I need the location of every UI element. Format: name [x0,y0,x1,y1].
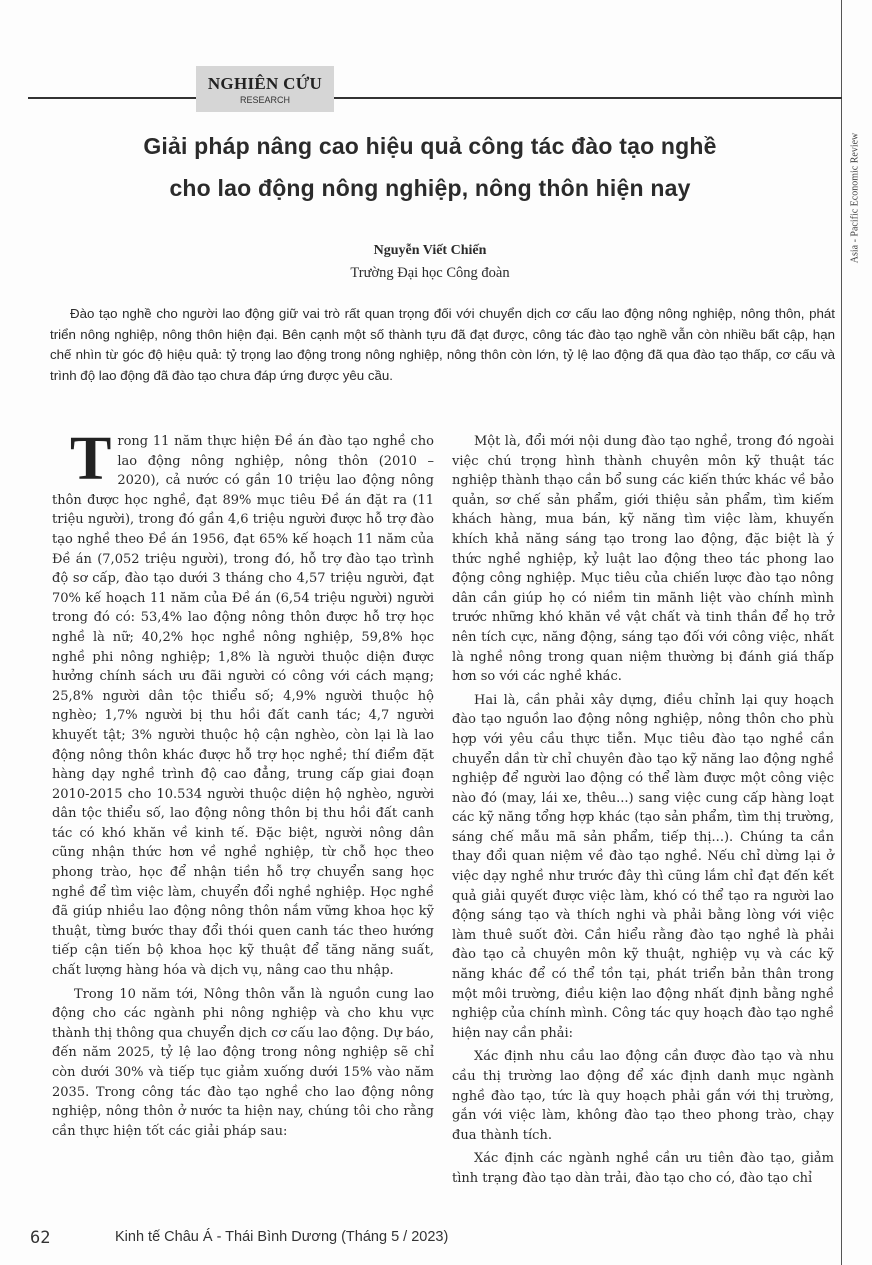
page-number: 62 [30,1228,50,1248]
paragraph: Xác định các ngành nghề cần ưu tiên đào … [452,1149,834,1188]
section-title: NGHIÊN CỨU [196,74,334,94]
paragraph: Trong 10 năm tới, Nông thôn vẫn là nguồn… [52,985,434,1142]
header-rule-left [28,97,196,99]
paragraph: Trong 11 năm thực hiện Đề án đào tạo ngh… [52,432,434,981]
abstract: Đào tạo nghề cho người lao động giữ vai … [50,304,835,386]
side-label-text: Asia - Pacific Economic Review [850,133,861,264]
footer-journal: Kinh tế Châu Á - Thái Bình Dương (Tháng … [115,1229,448,1245]
drop-cap: T [70,434,111,484]
paragraph-text: rong 11 năm thực hiện Đề án đào tạo nghề… [52,434,434,978]
paragraph: Hai là, cần phải xây dựng, điều chỉnh lạ… [452,691,834,1044]
title-line-2: cho lao động nông nghiệp, nông thôn hiện… [40,167,820,209]
section-subtitle: RESEARCH [196,95,334,105]
title-line-1: Giải pháp nâng cao hiệu quả công tác đào… [40,125,820,167]
header-rule-right [334,97,842,99]
section-header-box: NGHIÊN CỨU RESEARCH [196,66,334,112]
left-column: Trong 11 năm thực hiện Đề án đào tạo ngh… [52,432,434,1145]
side-journal-label: Asia - Pacific Economic Review [846,108,864,288]
paragraph: Một là, đổi mới nội dung đào tạo nghề, t… [452,432,834,687]
author-name: Nguyễn Viết Chiến [40,243,820,259]
vertical-rule [841,0,842,1265]
paragraph: Xác định nhu cầu lao động cần được đào t… [452,1047,834,1145]
right-column: Một là, đổi mới nội dung đào tạo nghề, t… [452,432,834,1193]
article-title: Giải pháp nâng cao hiệu quả công tác đào… [40,125,820,209]
author-affiliation: Trường Đại học Công đoàn [40,265,820,282]
